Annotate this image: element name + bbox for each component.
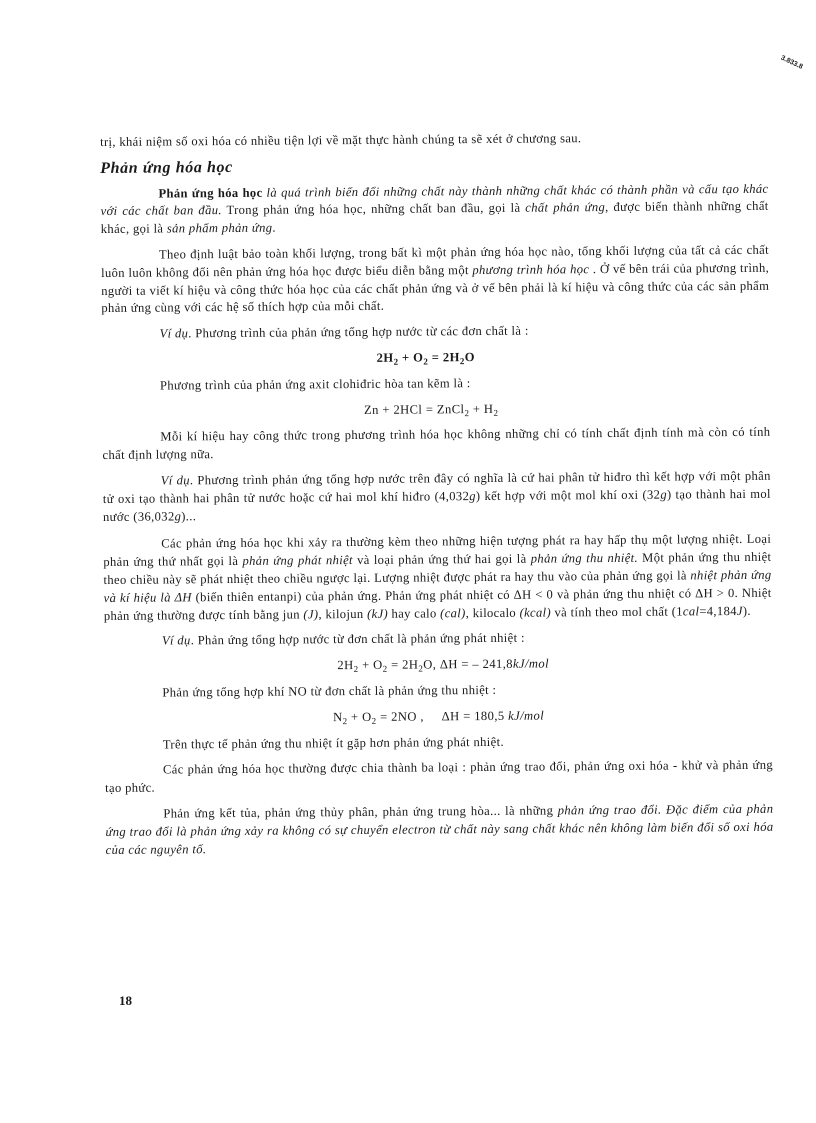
unit: (kJ): [367, 606, 388, 620]
term-italic: phản ứng thu nhiệt.: [531, 551, 638, 566]
example-label: Ví dụ: [160, 326, 189, 340]
unit: (kcal): [519, 605, 551, 619]
document-page: 3.833.8 trị, khái niệm số oxi hóa có nhi…: [0, 0, 816, 1123]
text: ).: [743, 603, 751, 617]
unit: kJ/mol: [508, 708, 544, 722]
equation-endothermic: N2 + O2 = 2NO , ΔH = 180,5 kJ/mol: [105, 705, 773, 728]
text: )...: [181, 509, 196, 523]
heat-paragraph: Các phản ứng hóa học khi xảy ra thường k…: [103, 531, 772, 625]
text: , kilocalo: [466, 605, 520, 619]
no-line: Phản ứng tổng hợp khí NO từ đơn chất là …: [104, 680, 772, 703]
text: .: [272, 221, 276, 235]
text: ) kết hợp với một mol khí oxi (32: [476, 487, 661, 502]
term-italic: phương trình hóa học: [472, 262, 589, 277]
conservation-paragraph: Theo định luật bảo toàn khối lượng, tron…: [101, 242, 770, 318]
text: =4,184: [699, 604, 737, 618]
section-title: Phản ứng hóa học: [100, 155, 768, 178]
equation-exothermic: 2H2 + O2 = 2H2O, ΔH = – 241,8kJ/mol: [104, 654, 772, 677]
text: Phản ứng kết tủa, phản ứng thủy phân, ph…: [163, 803, 557, 820]
example-2: Ví dụ. Phương trình phản ứng tổng hợp nư…: [103, 468, 771, 527]
page-number: 18: [119, 993, 132, 1009]
text: . Phản ứng tổng hợp nước từ đơn chất là …: [191, 631, 525, 648]
unit: cal: [683, 604, 700, 618]
term-italic: chất phản ứng: [525, 200, 605, 215]
equation-water: 2H2 + O2 = 2H2O: [102, 347, 770, 370]
term-italic: sản phẩm phản ứng: [167, 221, 273, 236]
opening-paragraph: trị, khái niệm số oxi hóa có nhiều tiện …: [100, 129, 768, 152]
unit: (J): [303, 607, 318, 621]
example-3: Ví dụ. Phản ứng tổng hợp nước từ đơn chấ…: [104, 628, 772, 651]
text: và tính theo mol chất (1: [551, 604, 683, 619]
library-stamp: 3.833.8: [766, 55, 816, 110]
example-label: Ví dụ: [162, 634, 191, 648]
example-1: Ví dụ. Phương trình của phản ứng tổng hợ…: [102, 321, 770, 344]
unit: kJ/mol: [513, 657, 549, 671]
reaction-types-paragraph: Các phản ứng hóa học thường được chia th…: [105, 757, 773, 798]
term-italic: phản ứng phát nhiệt: [242, 553, 352, 568]
text: hay calo: [388, 606, 440, 620]
endothermic-note: Trên thực tế phản ứng thu nhiệt ít gặp h…: [105, 731, 773, 754]
term: Phản ứng hóa học: [158, 185, 262, 200]
quantitative-paragraph: Mỗi kí hiệu hay công thức trong phương t…: [102, 424, 770, 465]
example-label: Ví dụ: [161, 473, 190, 487]
equation-zinc: Zn + 2HCl = ZnCl2 + H2: [102, 398, 770, 421]
exchange-paragraph: Phản ứng kết tủa, phản ứng thủy phân, ph…: [105, 801, 773, 860]
text: và loại phản ứng thứ hai gọi là: [353, 552, 531, 567]
text: , kilojun: [318, 606, 367, 620]
text: Trong phản ứng hóa học, những chất ban đ…: [222, 201, 525, 217]
text: . Phương trình của phản ứng tổng hợp nướ…: [188, 324, 529, 341]
definition-paragraph: Phản ứng hóa học là quá trình biến đổi n…: [100, 180, 768, 239]
hcl-line: Phương trình của phản ứng axit clohiđric…: [102, 373, 770, 396]
unit: (cal): [440, 606, 466, 620]
body-text: trị, khái niệm số oxi hóa có nhiều tiện …: [100, 129, 774, 860]
